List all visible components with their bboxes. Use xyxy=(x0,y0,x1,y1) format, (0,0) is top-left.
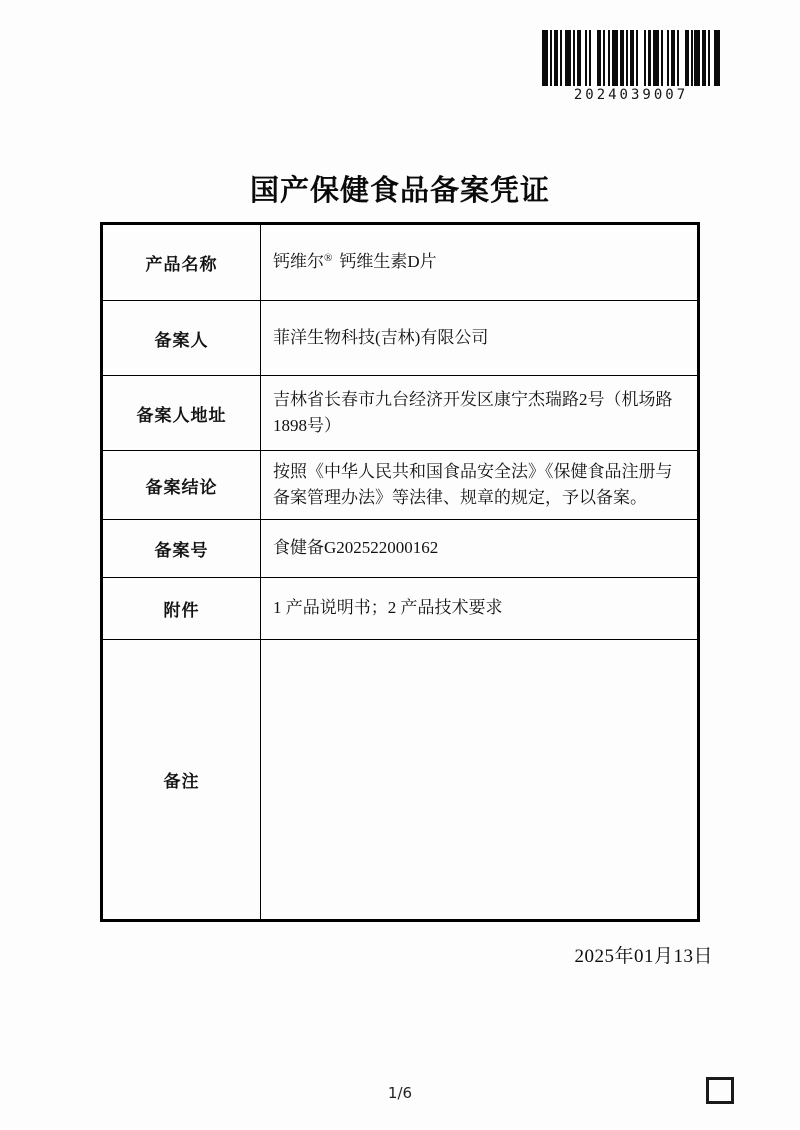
row-label: 备注 xyxy=(103,640,261,919)
row-value: 食健备G202522000162 xyxy=(261,520,697,577)
barcode-icon xyxy=(542,30,720,86)
row-value: 按照《中华人民共和国食品安全法》《保健食品注册与备案管理办法》等法律、规章的规定… xyxy=(261,451,697,519)
row-value: 菲洋生物科技(吉林)有限公司 xyxy=(261,301,697,375)
table-row-attachments: 附件 1 产品说明书；2 产品技术要求 xyxy=(103,578,697,640)
row-label: 产品名称 xyxy=(103,225,261,300)
row-label: 备案号 xyxy=(103,520,261,577)
row-value: 钙维尔®钙维生素D片 xyxy=(261,225,697,300)
row-value: 1 产品说明书；2 产品技术要求 xyxy=(261,578,697,639)
product-rest: 钙维生素D片 xyxy=(339,252,436,271)
certificate-table: 产品名称 钙维尔®钙维生素D片 备案人 菲洋生物科技(吉林)有限公司 备案人地址… xyxy=(100,222,700,922)
row-value xyxy=(261,640,697,919)
barcode: 2024039007 xyxy=(542,30,720,103)
page-number: 1/6 xyxy=(0,1084,800,1102)
page-title: 国产保健食品备案凭证 xyxy=(0,168,800,209)
table-row-product-name: 产品名称 钙维尔®钙维生素D片 xyxy=(103,225,697,301)
table-row-registrant-address: 备案人地址 吉林省长春市九台经济开发区康宁杰瑞路2号（机场路1898号） xyxy=(103,376,697,451)
corner-box-icon xyxy=(706,1077,734,1104)
row-value: 吉林省长春市九台经济开发区康宁杰瑞路2号（机场路1898号） xyxy=(261,376,697,450)
row-label: 附件 xyxy=(103,578,261,639)
registered-trademark-icon: ® xyxy=(324,252,332,264)
product-brand: 钙维尔 xyxy=(273,252,324,271)
row-label: 备案人 xyxy=(103,301,261,375)
row-label: 备案结论 xyxy=(103,451,261,519)
table-row-record-number: 备案号 食健备G202522000162 xyxy=(103,520,697,578)
issue-date: 2025年01月13日 xyxy=(574,941,713,968)
document-page: 2024039007 国产保健食品备案凭证 产品名称 钙维尔®钙维生素D片 备案… xyxy=(0,0,800,1130)
row-label: 备案人地址 xyxy=(103,376,261,450)
table-row-registrant: 备案人 菲洋生物科技(吉林)有限公司 xyxy=(103,301,697,376)
table-row-remarks: 备注 xyxy=(103,640,697,919)
barcode-number: 2024039007 xyxy=(542,87,720,103)
table-row-conclusion: 备案结论 按照《中华人民共和国食品安全法》《保健食品注册与备案管理办法》等法律、… xyxy=(103,451,697,520)
